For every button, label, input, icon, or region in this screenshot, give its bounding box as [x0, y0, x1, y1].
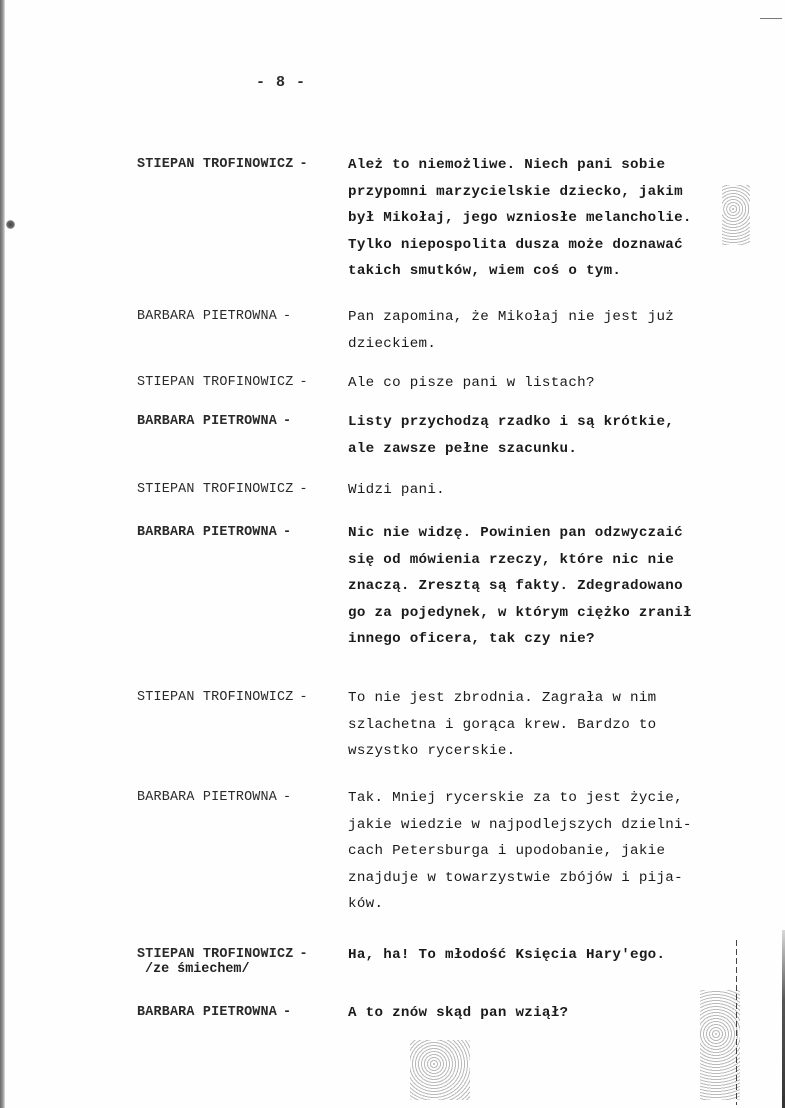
speaker-label: STIEPAN TROFINOWICZ	[137, 690, 293, 705]
speech-line: dzieckiem.	[348, 331, 748, 358]
speech-line: się od mówienia rzeczy, które nic nie	[348, 547, 748, 574]
speech-text: A to znów skąd pan wziął?	[348, 1000, 748, 1027]
speech-line: Ha, ha! To młodość Księcia Hary'ego.	[348, 942, 748, 969]
speaker-name: STIEPAN TROFINOWICZ-	[137, 370, 308, 397]
speaker-name: BARBARA PIETROWNA-	[137, 1000, 291, 1027]
scan-ink-blot	[6, 220, 15, 229]
speaker-label: BARBARA PIETROWNA	[137, 309, 277, 324]
speaker-dash: -	[283, 409, 291, 436]
speaker-name: STIEPAN TROFINOWICZ-	[137, 685, 308, 712]
speech-line: Pan zapomina, że Mikołaj nie jest już	[348, 304, 748, 331]
speech-line: ków.	[348, 891, 748, 918]
speech-text: Ha, ha! To młodość Księcia Hary'ego.	[348, 942, 748, 969]
speech-text: Widzi pani.	[348, 477, 748, 504]
speech-text: Pan zapomina, że Mikołaj nie jest jużdzi…	[348, 304, 748, 357]
speech-line: A to znów skąd pan wziął?	[348, 1000, 748, 1027]
speaker-dash: -	[299, 370, 307, 397]
speaker-dash: -	[299, 477, 307, 504]
speaker-label: BARBARA PIETROWNA	[137, 790, 277, 805]
speech-line: go za pojedynek, w którym ciężko zranił	[348, 600, 748, 627]
speaker-dash: -	[283, 520, 291, 547]
speech-line: Ależ to niemożliwe. Niech pani sobie	[348, 152, 748, 179]
speech-line: znaczą. Zresztą są fakty. Zdegradowano	[348, 573, 748, 600]
speaker-label: BARBARA PIETROWNA	[137, 1005, 277, 1020]
speech-line: Widzi pani.	[348, 477, 748, 504]
speaker-dash: -	[299, 942, 307, 969]
speaker-name: STIEPAN TROFINOWICZ-	[137, 152, 308, 179]
speech-line: To nie jest zbrodnia. Zagrała w nim	[348, 685, 748, 712]
speech-text: Ale co pisze pani w listach?	[348, 370, 748, 397]
speech-line: jakie wiedzie w najpodlejszych dzielni-	[348, 812, 748, 839]
speaker-name: BARBARA PIETROWNA-	[137, 785, 291, 812]
speaker-label: BARBARA PIETROWNA	[137, 414, 277, 429]
speech-text: To nie jest zbrodnia. Zagrała w nimszlac…	[348, 685, 748, 765]
speech-line: Tak. Mniej rycerskie za to jest życie,	[348, 785, 748, 812]
speech-line: Nic nie widzę. Powinien pan odzwyczaić	[348, 520, 748, 547]
speaker-label: BARBARA PIETROWNA	[137, 525, 277, 540]
speech-line: Ale co pisze pani w listach?	[348, 370, 748, 397]
speech-text: Nic nie widzę. Powinien pan odzwyczaićsi…	[348, 520, 748, 653]
speech-line: Listy przychodzą rzadko i są krótkie,	[348, 409, 748, 436]
speech-text: Ależ to niemożliwe. Niech pani sobieprzy…	[348, 152, 748, 285]
speaker-name: STIEPAN TROFINOWICZ-	[137, 477, 308, 504]
speech-line: cach Petersburga i upodobanie, jakie	[348, 838, 748, 865]
speech-line: innego oficera, tak czy nie?	[348, 626, 748, 653]
speech-line: ale zawsze pełne szacunku.	[348, 436, 748, 463]
page-number: - 8 -	[256, 74, 306, 91]
speaker-name: BARBARA PIETROWNA-	[137, 409, 291, 436]
speaker-dash: -	[299, 685, 307, 712]
scan-corner-mark	[760, 18, 782, 19]
scan-noise	[410, 1040, 470, 1100]
speech-text: Listy przychodzą rzadko i są krótkie,ale…	[348, 409, 748, 462]
speaker-dash: -	[283, 304, 291, 331]
speaker-name: BARBARA PIETROWNA-	[137, 520, 291, 547]
scan-left-edge-shadow	[0, 0, 5, 1108]
stage-direction: /ze śmiechem/	[137, 957, 250, 984]
speech-line: był Mikołaj, jego wzniosłe melancholie.	[348, 205, 748, 232]
speech-line: Tylko niepospolita dusza może doznawać	[348, 232, 748, 259]
speech-line: takich smutków, wiem coś o tym.	[348, 258, 748, 285]
speech-text: Tak. Mniej rycerskie za to jest życie,ja…	[348, 785, 748, 918]
speech-line: przypomni marzycielskie dziecko, jakim	[348, 179, 748, 206]
speaker-label: STIEPAN TROFINOWICZ	[137, 482, 293, 497]
speaker-name: BARBARA PIETROWNA-	[137, 304, 291, 331]
speaker-dash: -	[283, 785, 291, 812]
speech-line: szlachetna i gorąca krew. Bardzo to	[348, 712, 748, 739]
speaker-label: STIEPAN TROFINOWICZ	[137, 157, 293, 172]
speaker-label: STIEPAN TROFINOWICZ	[137, 375, 293, 390]
speech-line: znajduje w towarzystwie zbójów i pija-	[348, 865, 748, 892]
speaker-dash: -	[283, 1000, 291, 1027]
speaker-dash: -	[299, 152, 307, 179]
speech-line: wszystko rycerskie.	[348, 738, 748, 765]
typewritten-page: - 8 - STIEPAN TROFINOWICZ-Ależ to niemoż…	[0, 0, 785, 1108]
